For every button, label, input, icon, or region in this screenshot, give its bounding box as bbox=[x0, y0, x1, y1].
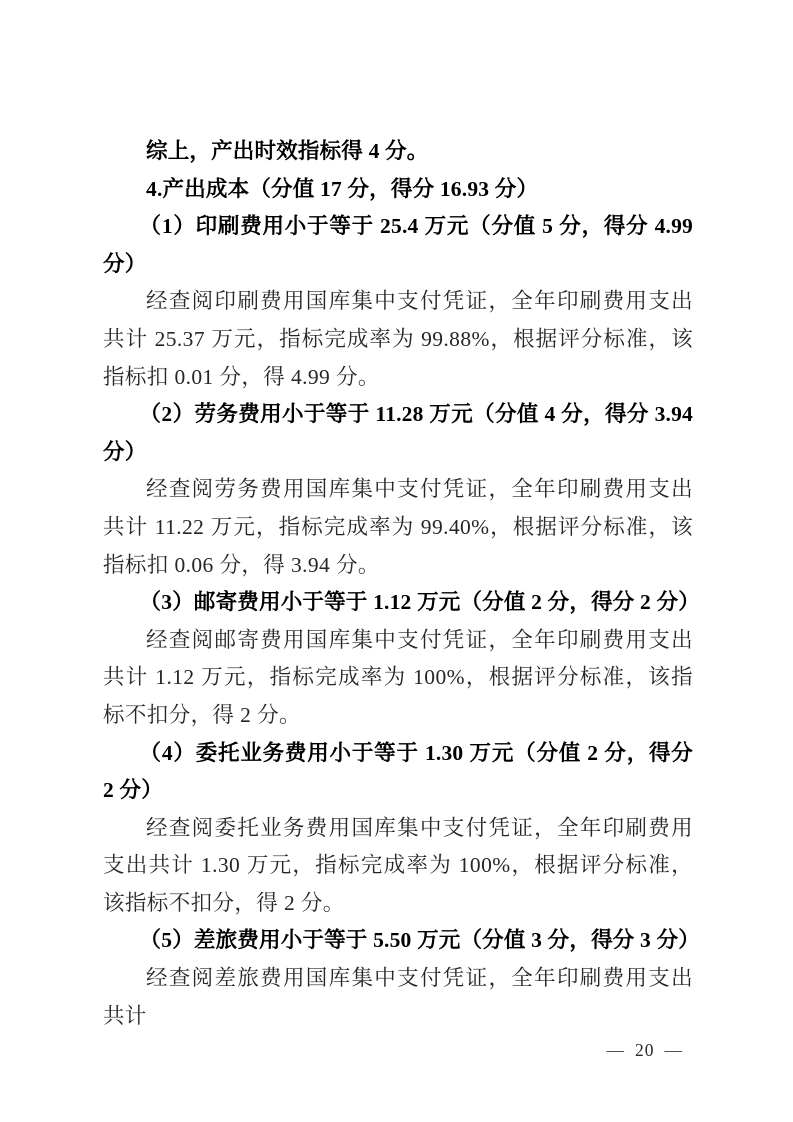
page-number: 20 bbox=[635, 1040, 655, 1061]
summary-line-output-timeliness: 综上，产出时效指标得 4 分。 bbox=[103, 133, 693, 171]
para-item-4-entrusted-business-cost-detail: 经查阅委托业务费用国库集中支付凭证，全年印刷费用支出共计 1.30 万元，指标完… bbox=[103, 810, 693, 923]
footer-right-dash: — bbox=[665, 1040, 684, 1061]
footer-left-dash: — bbox=[607, 1040, 626, 1061]
document-page: 综上，产出时效指标得 4 分。 4.产出成本（分值 17 分，得分 16.93 … bbox=[0, 0, 793, 1122]
heading-item-5-travel-cost: （5）差旅费用小于等于 5.50 万元（分值 3 分，得分 3 分） bbox=[103, 922, 693, 960]
heading-item-4-entrusted-business-cost: （4）委托业务费用小于等于 1.30 万元（分值 2 分，得分 2 分） bbox=[103, 735, 693, 810]
heading-item-3-postage-cost: （3）邮寄费用小于等于 1.12 万元（分值 2 分，得分 2 分） bbox=[103, 584, 693, 622]
document-body: 综上，产出时效指标得 4 分。 4.产出成本（分值 17 分，得分 16.93 … bbox=[103, 133, 693, 1035]
para-item-3-postage-cost-detail: 经查阅邮寄费用国库集中支付凭证，全年印刷费用支出共计 1.12 万元，指标完成率… bbox=[103, 622, 693, 735]
heading-item-1-printing-cost: （1）印刷费用小于等于 25.4 万元（分值 5 分，得分 4.99 分） bbox=[103, 208, 693, 283]
heading-4-output-cost: 4.产出成本（分值 17 分，得分 16.93 分） bbox=[103, 171, 693, 209]
page-footer: —20— bbox=[0, 1040, 793, 1061]
para-item-5-travel-cost-detail: 经查阅差旅费用国库集中支付凭证，全年印刷费用支出共计 bbox=[103, 960, 693, 1035]
para-item-1-printing-cost-detail: 经查阅印刷费用国库集中支付凭证，全年印刷费用支出共计 25.37 万元，指标完成… bbox=[103, 283, 693, 396]
para-item-2-labor-cost-detail: 经查阅劳务费用国库集中支付凭证，全年印刷费用支出共计 11.22 万元，指标完成… bbox=[103, 471, 693, 584]
heading-item-2-labor-cost: （2）劳务费用小于等于 11.28 万元（分值 4 分，得分 3.94 分） bbox=[103, 396, 693, 471]
